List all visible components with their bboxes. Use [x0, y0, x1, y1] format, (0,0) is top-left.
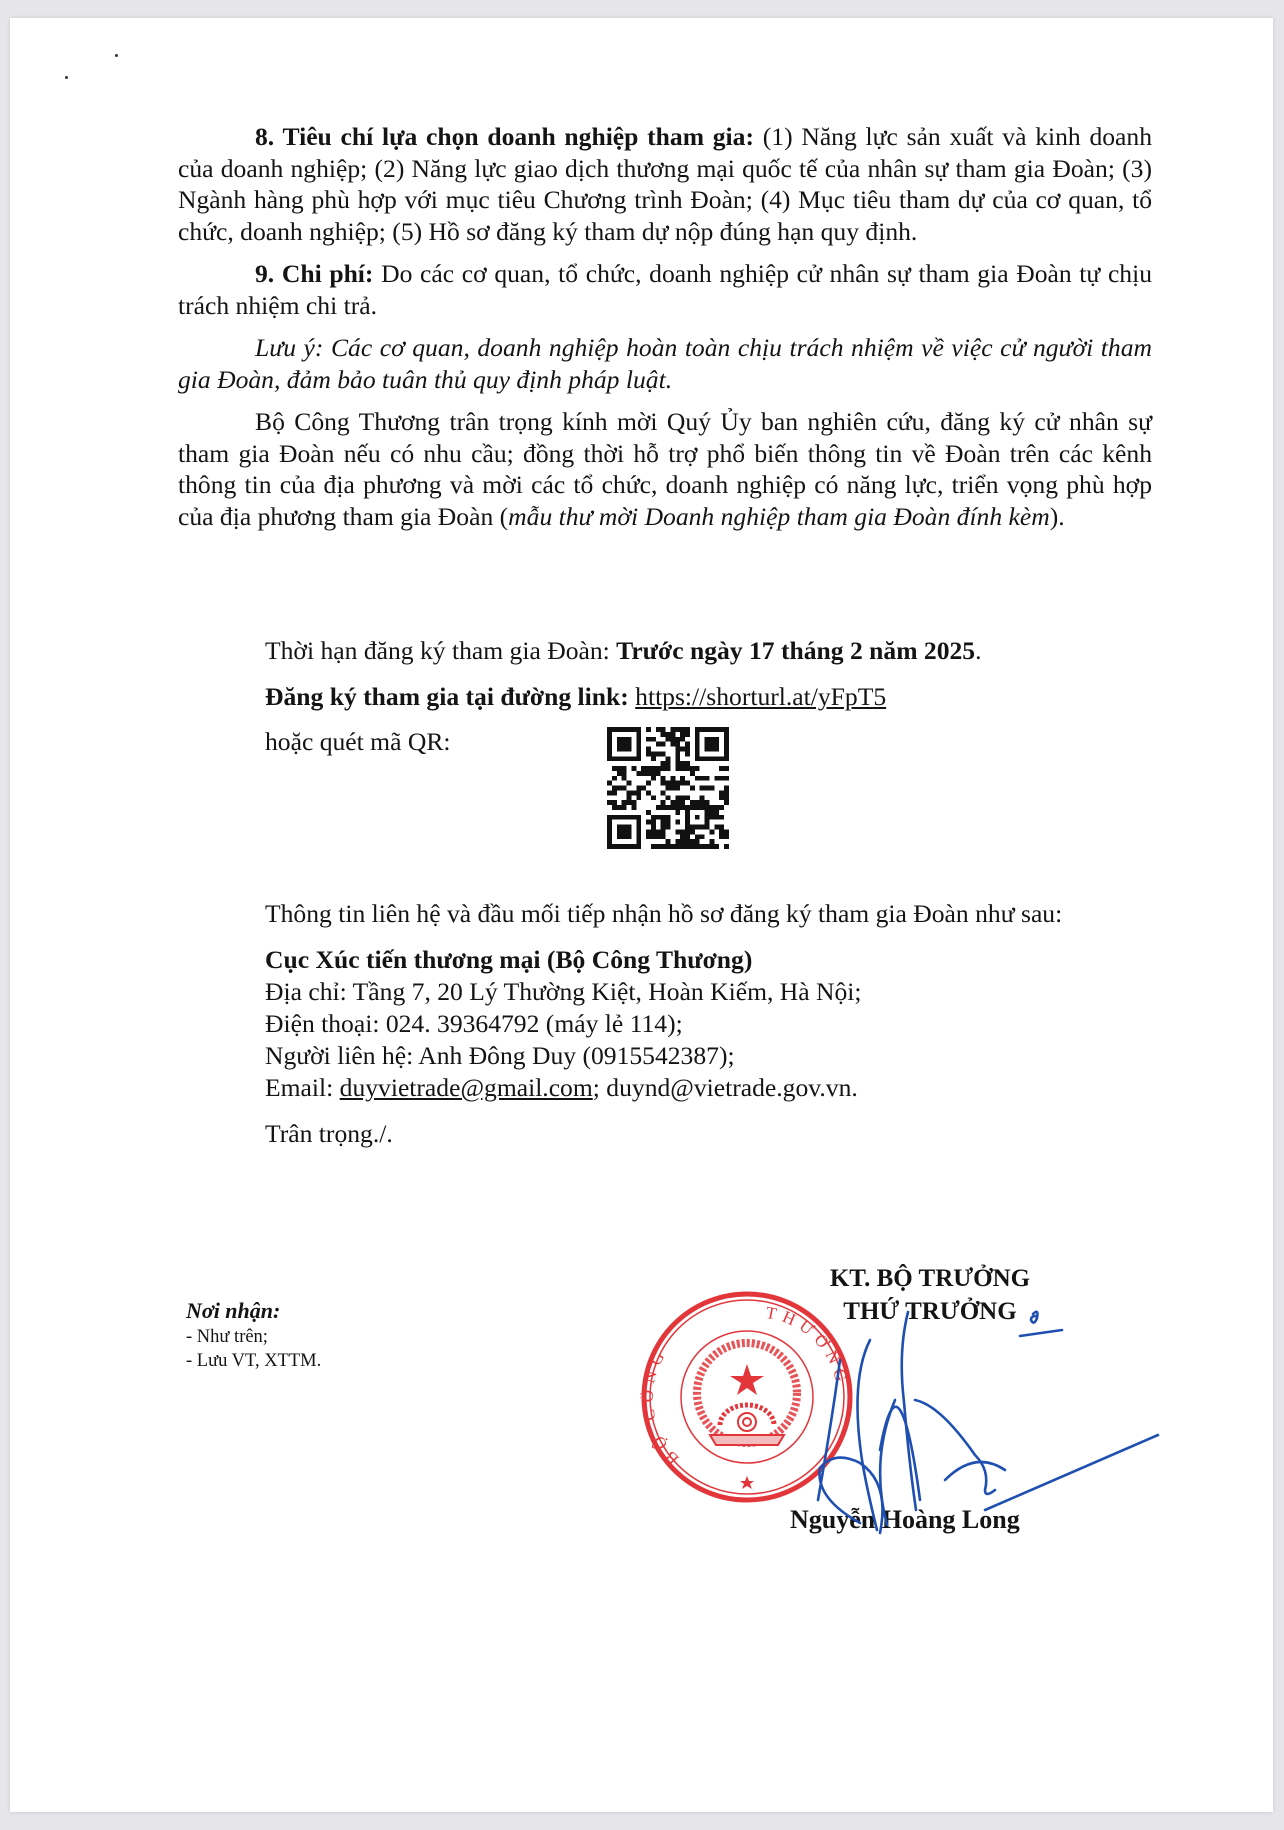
- section-8-heading: 8. Tiêu chí lựa chọn doanh nghiệp tham g…: [255, 122, 754, 151]
- recipient-item: - Như trên;: [186, 1325, 321, 1349]
- email-separator: ;: [593, 1073, 607, 1102]
- invitation-attachment-note: mẫu thư mời Doanh nghiệp tham gia Đoàn đ…: [508, 502, 1050, 531]
- invitation-paragraph: Bộ Công Thương trân trọng kính mời Quý Ủ…: [178, 406, 1152, 532]
- email-link-1[interactable]: duyvietrade@gmail.com: [340, 1073, 593, 1102]
- section-8-criteria: 8. Tiêu chí lựa chọn doanh nghiệp tham g…: [178, 121, 1152, 247]
- deadline-tail: .: [975, 636, 981, 665]
- deadline-label: Thời hạn đăng ký tham gia Đoàn:: [265, 636, 616, 665]
- section-9-cost: 9. Chi phí: Do các cơ quan, tổ chức, doa…: [178, 258, 1152, 321]
- registration-label: Đăng ký tham gia tại đường link:: [265, 682, 635, 711]
- email-2: duynd@vietrade.gov.vn.: [606, 1073, 858, 1102]
- section-9-heading: 9. Chi phí:: [255, 259, 373, 288]
- recipient-item: - Lưu VT, XTTM.: [186, 1349, 321, 1373]
- contact-block: Thông tin liên hệ và đầu mối tiếp nhận h…: [265, 898, 1062, 1150]
- scan-speck: [65, 76, 68, 79]
- registration-link[interactable]: https://shorturl.at/yFpT5: [635, 682, 886, 711]
- recipients-title: Nơi nhận:: [186, 1297, 321, 1325]
- contact-org: Cục Xúc tiến thương mại (Bộ Công Thương): [265, 944, 1062, 976]
- contact-intro: Thông tin liên hệ và đầu mối tiếp nhận h…: [265, 898, 1062, 930]
- deadline-value: Trước ngày 17 tháng 2 năm 2025: [616, 636, 975, 665]
- contact-phone: Điện thoại: 024. 39364792 (máy lẻ 114);: [265, 1008, 1062, 1040]
- scan-speck: [115, 54, 118, 57]
- contact-email: Email: duyvietrade@gmail.com; duynd@viet…: [265, 1072, 1062, 1104]
- contact-person: Người liên hệ: Anh Đông Duy (0915542387)…: [265, 1040, 1062, 1072]
- email-label: Email:: [265, 1073, 340, 1102]
- document-body: 8. Tiêu chí lựa chọn doanh nghiệp tham g…: [178, 121, 1152, 532]
- handwritten-signature-icon: [780, 1300, 1160, 1560]
- registration-line: Đăng ký tham gia tại đường link: https:/…: [265, 682, 886, 712]
- contact-address: Địa chỉ: Tầng 7, 20 Lý Thường Kiệt, Hoàn…: [265, 976, 1062, 1008]
- signature-title-line1: KT. BỘ TRƯỞNG: [740, 1262, 1120, 1295]
- note-paragraph: Lưu ý: Các cơ quan, doanh nghiệp hoàn to…: [178, 332, 1152, 395]
- deadline-line: Thời hạn đăng ký tham gia Đoàn: Trước ng…: [265, 636, 982, 666]
- qr-code-icon[interactable]: [607, 727, 729, 849]
- invitation-tail: ).: [1050, 502, 1065, 531]
- qr-label: hoặc quét mã QR:: [265, 727, 451, 757]
- recipients-block: Nơi nhận: - Như trên; - Lưu VT, XTTM.: [186, 1297, 321, 1373]
- closing: Trân trọng./.: [265, 1118, 1062, 1150]
